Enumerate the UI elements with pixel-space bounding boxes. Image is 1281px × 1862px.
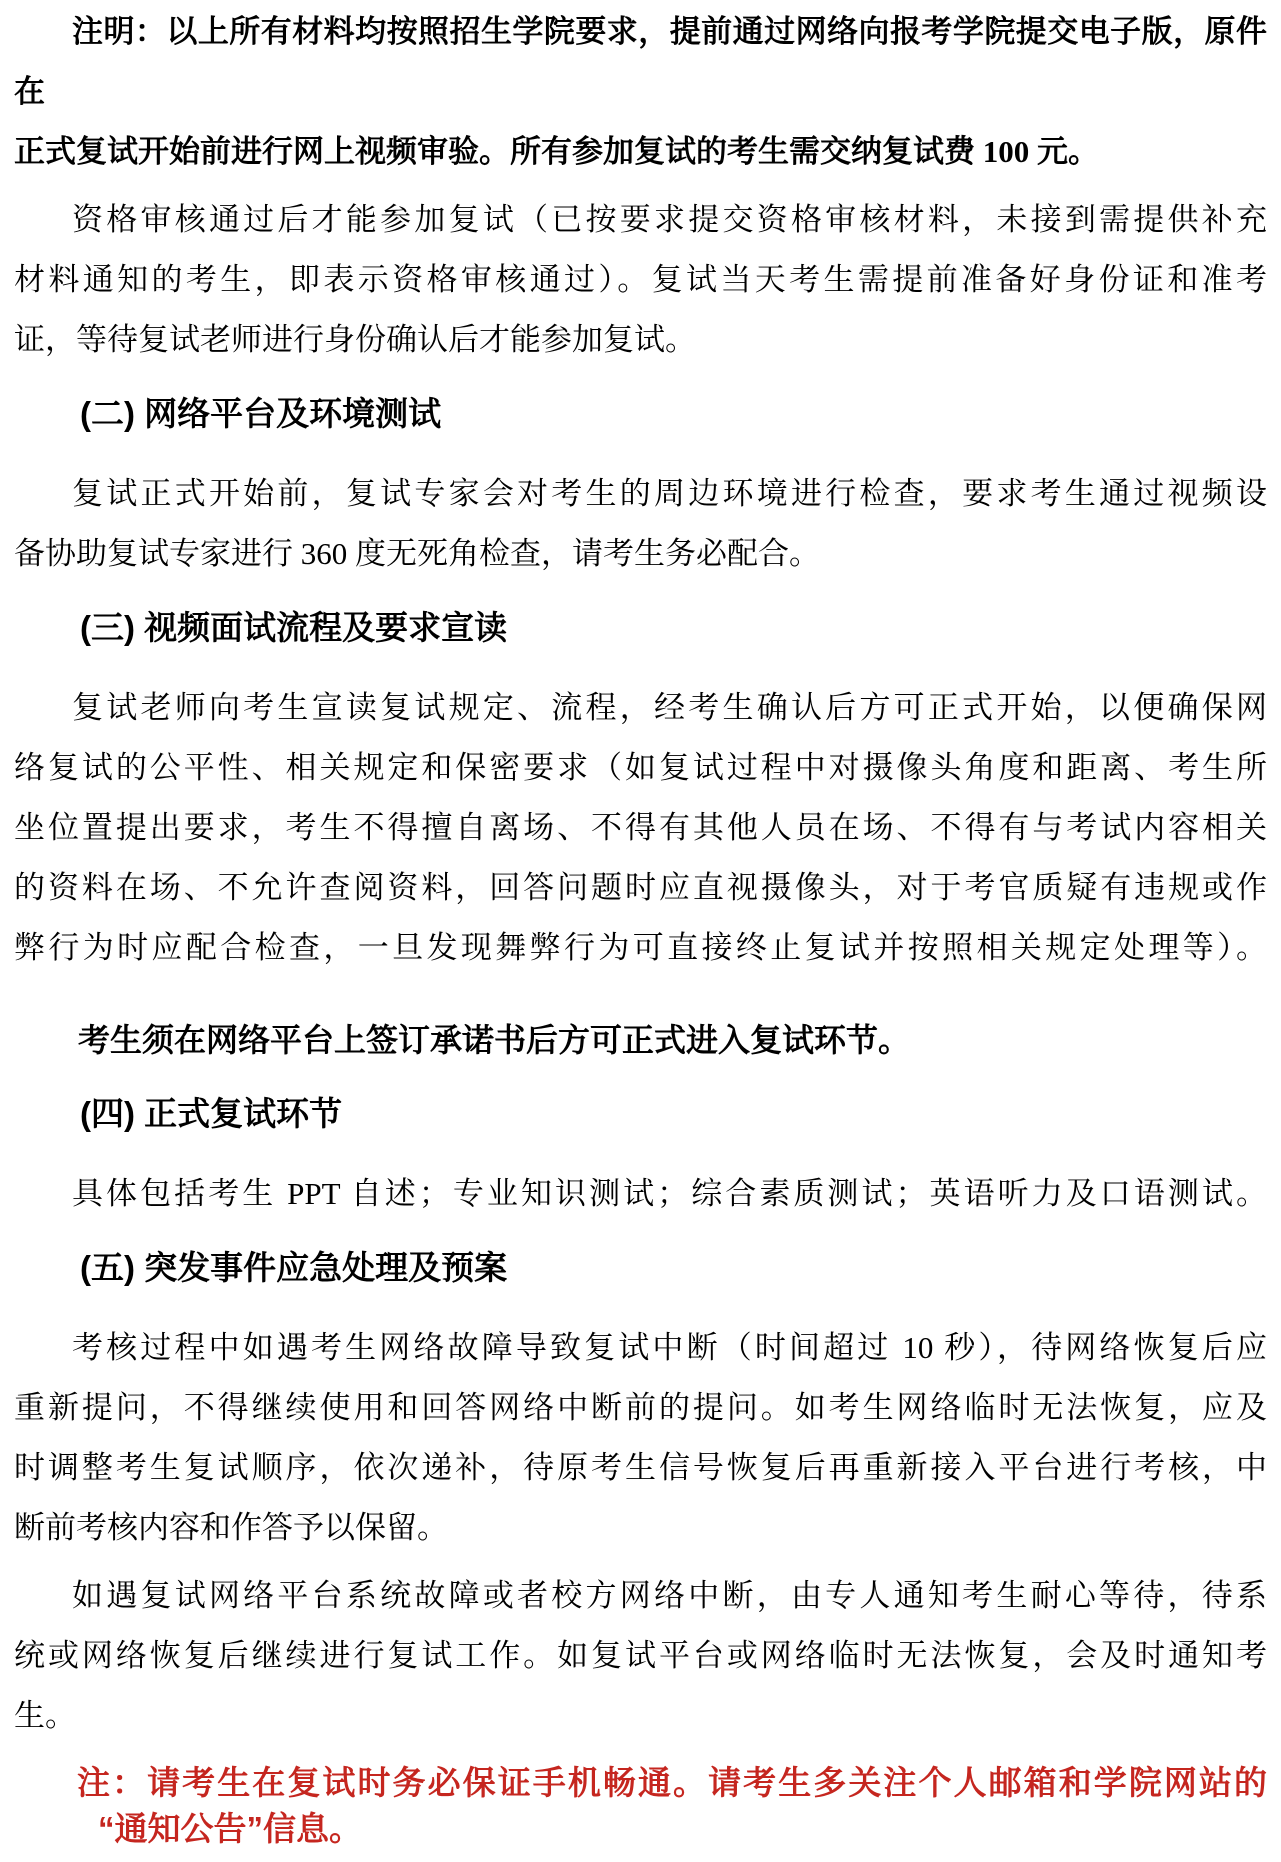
- text-line: 坐位置提出要求，考生不得擅自离场、不得有其他人员在场、不得有与考试内容相关: [14, 798, 1267, 858]
- text-line: 统或网络恢复后继续进行复试工作。如复试平台或网络临时无法恢复，会及时通知考: [14, 1626, 1267, 1686]
- text-line: 正式复试开始前进行网上视频审验。所有参加复试的考生需交纳复试费 100 元。: [14, 122, 1267, 182]
- text-line: 证，等待复试老师进行身份确认后才能参加复试。: [14, 310, 1267, 370]
- text-line: 断前考核内容和作答予以保留。: [14, 1498, 1267, 1558]
- section-heading-2: (二) 网络平台及环境测试: [80, 384, 1267, 444]
- red-warning-note: 注：请考生在复试时务必保证手机畅通。请考生多关注个人邮箱和学院网站的 “通知公告…: [14, 1760, 1267, 1852]
- text-line: 络复试的公平性、相关规定和保密要求（如复试过程中对摄像头角度和距离、考生所: [14, 738, 1267, 798]
- text-line: 备协助复试专家进行 360 度无死角检查，请考生务必配合。: [14, 524, 1267, 584]
- text-line: 弊行为时应配合检查，一旦发现舞弊行为可直接终止复试并按照相关规定处理等）。: [14, 918, 1267, 978]
- section-heading-3: (三) 视频面试流程及要求宣读: [80, 598, 1267, 658]
- text-line: 生。: [14, 1686, 1267, 1746]
- text-line: 资格审核通过后才能参加复试（已按要求提交资格审核材料，未接到需提供补充: [14, 190, 1267, 250]
- text-line: 考核过程中如遇考生网络故障导致复试中断（时间超过 10 秒），待网络恢复后应: [14, 1318, 1267, 1378]
- text-line: 的资料在场、不允许查阅资料，回答问题时应直视摄像头，对于考官质疑有违规或作: [14, 858, 1267, 918]
- platform-fault-paragraph: 如遇复试网络平台系统故障或者校方网络中断，由专人通知考生耐心等待，待系 统或网络…: [14, 1566, 1267, 1746]
- text-line: 时调整考生复试顺序，依次递补，待原考生信号恢复后再重新接入平台进行考核，中: [14, 1438, 1267, 1498]
- document-page: 注明：以上所有材料均按照招生学院要求，提前通过网络向报考学院提交电子版，原件在 …: [0, 0, 1281, 1862]
- section-heading-4: (四) 正式复试环节: [80, 1084, 1267, 1144]
- interview-rules-paragraph: 复试老师向考生宣读复试规定、流程，经考生确认后方可正式开始，以便确保网 络复试的…: [14, 678, 1267, 978]
- text-line: 注：请考生在复试时务必保证手机畅通。请考生多关注个人邮箱和学院网站的: [14, 1760, 1267, 1806]
- text-line: 如遇复试网络平台系统故障或者校方网络中断，由专人通知考生耐心等待，待系: [14, 1566, 1267, 1626]
- text-line: 具体包括考生 PPT 自述；专业知识测试；综合素质测试；英语听力及口语测试。: [14, 1164, 1267, 1224]
- text-line: “通知公告”信息。: [14, 1806, 1267, 1852]
- text-line: 重新提问，不得继续使用和回答网络中断前的提问。如考生网络临时无法恢复，应及: [14, 1378, 1267, 1438]
- intro-note-paragraph: 注明：以上所有材料均按照招生学院要求，提前通过网络向报考学院提交电子版，原件在 …: [14, 2, 1267, 182]
- section-heading-5: (五) 突发事件应急处理及预案: [80, 1238, 1267, 1298]
- formal-interview-paragraph: 具体包括考生 PPT 自述；专业知识测试；综合素质测试；英语听力及口语测试。: [14, 1164, 1267, 1224]
- text-line: 复试老师向考生宣读复试规定、流程，经考生确认后方可正式开始，以便确保网: [14, 678, 1267, 738]
- environment-test-paragraph: 复试正式开始前，复试专家会对考生的周边环境进行检查，要求考生通过视频设 备协助复…: [14, 464, 1267, 584]
- text-line: 注明：以上所有材料均按照招生学院要求，提前通过网络向报考学院提交电子版，原件在: [14, 2, 1267, 122]
- text-line: 复试正式开始前，复试专家会对考生的周边环境进行检查，要求考生通过视频设: [14, 464, 1267, 524]
- candidate-network-fault-paragraph: 考核过程中如遇考生网络故障导致复试中断（时间超过 10 秒），待网络恢复后应 重…: [14, 1318, 1267, 1558]
- text-line: 材料通知的考生，即表示资格审核通过）。复试当天考生需提前准备好身份证和准考: [14, 250, 1267, 310]
- qualification-paragraph: 资格审核通过后才能参加复试（已按要求提交资格审核材料，未接到需提供补充 材料通知…: [14, 190, 1267, 370]
- commitment-statement: 考生须在网络平台上签订承诺书后方可正式进入复试环节。: [14, 1010, 1267, 1070]
